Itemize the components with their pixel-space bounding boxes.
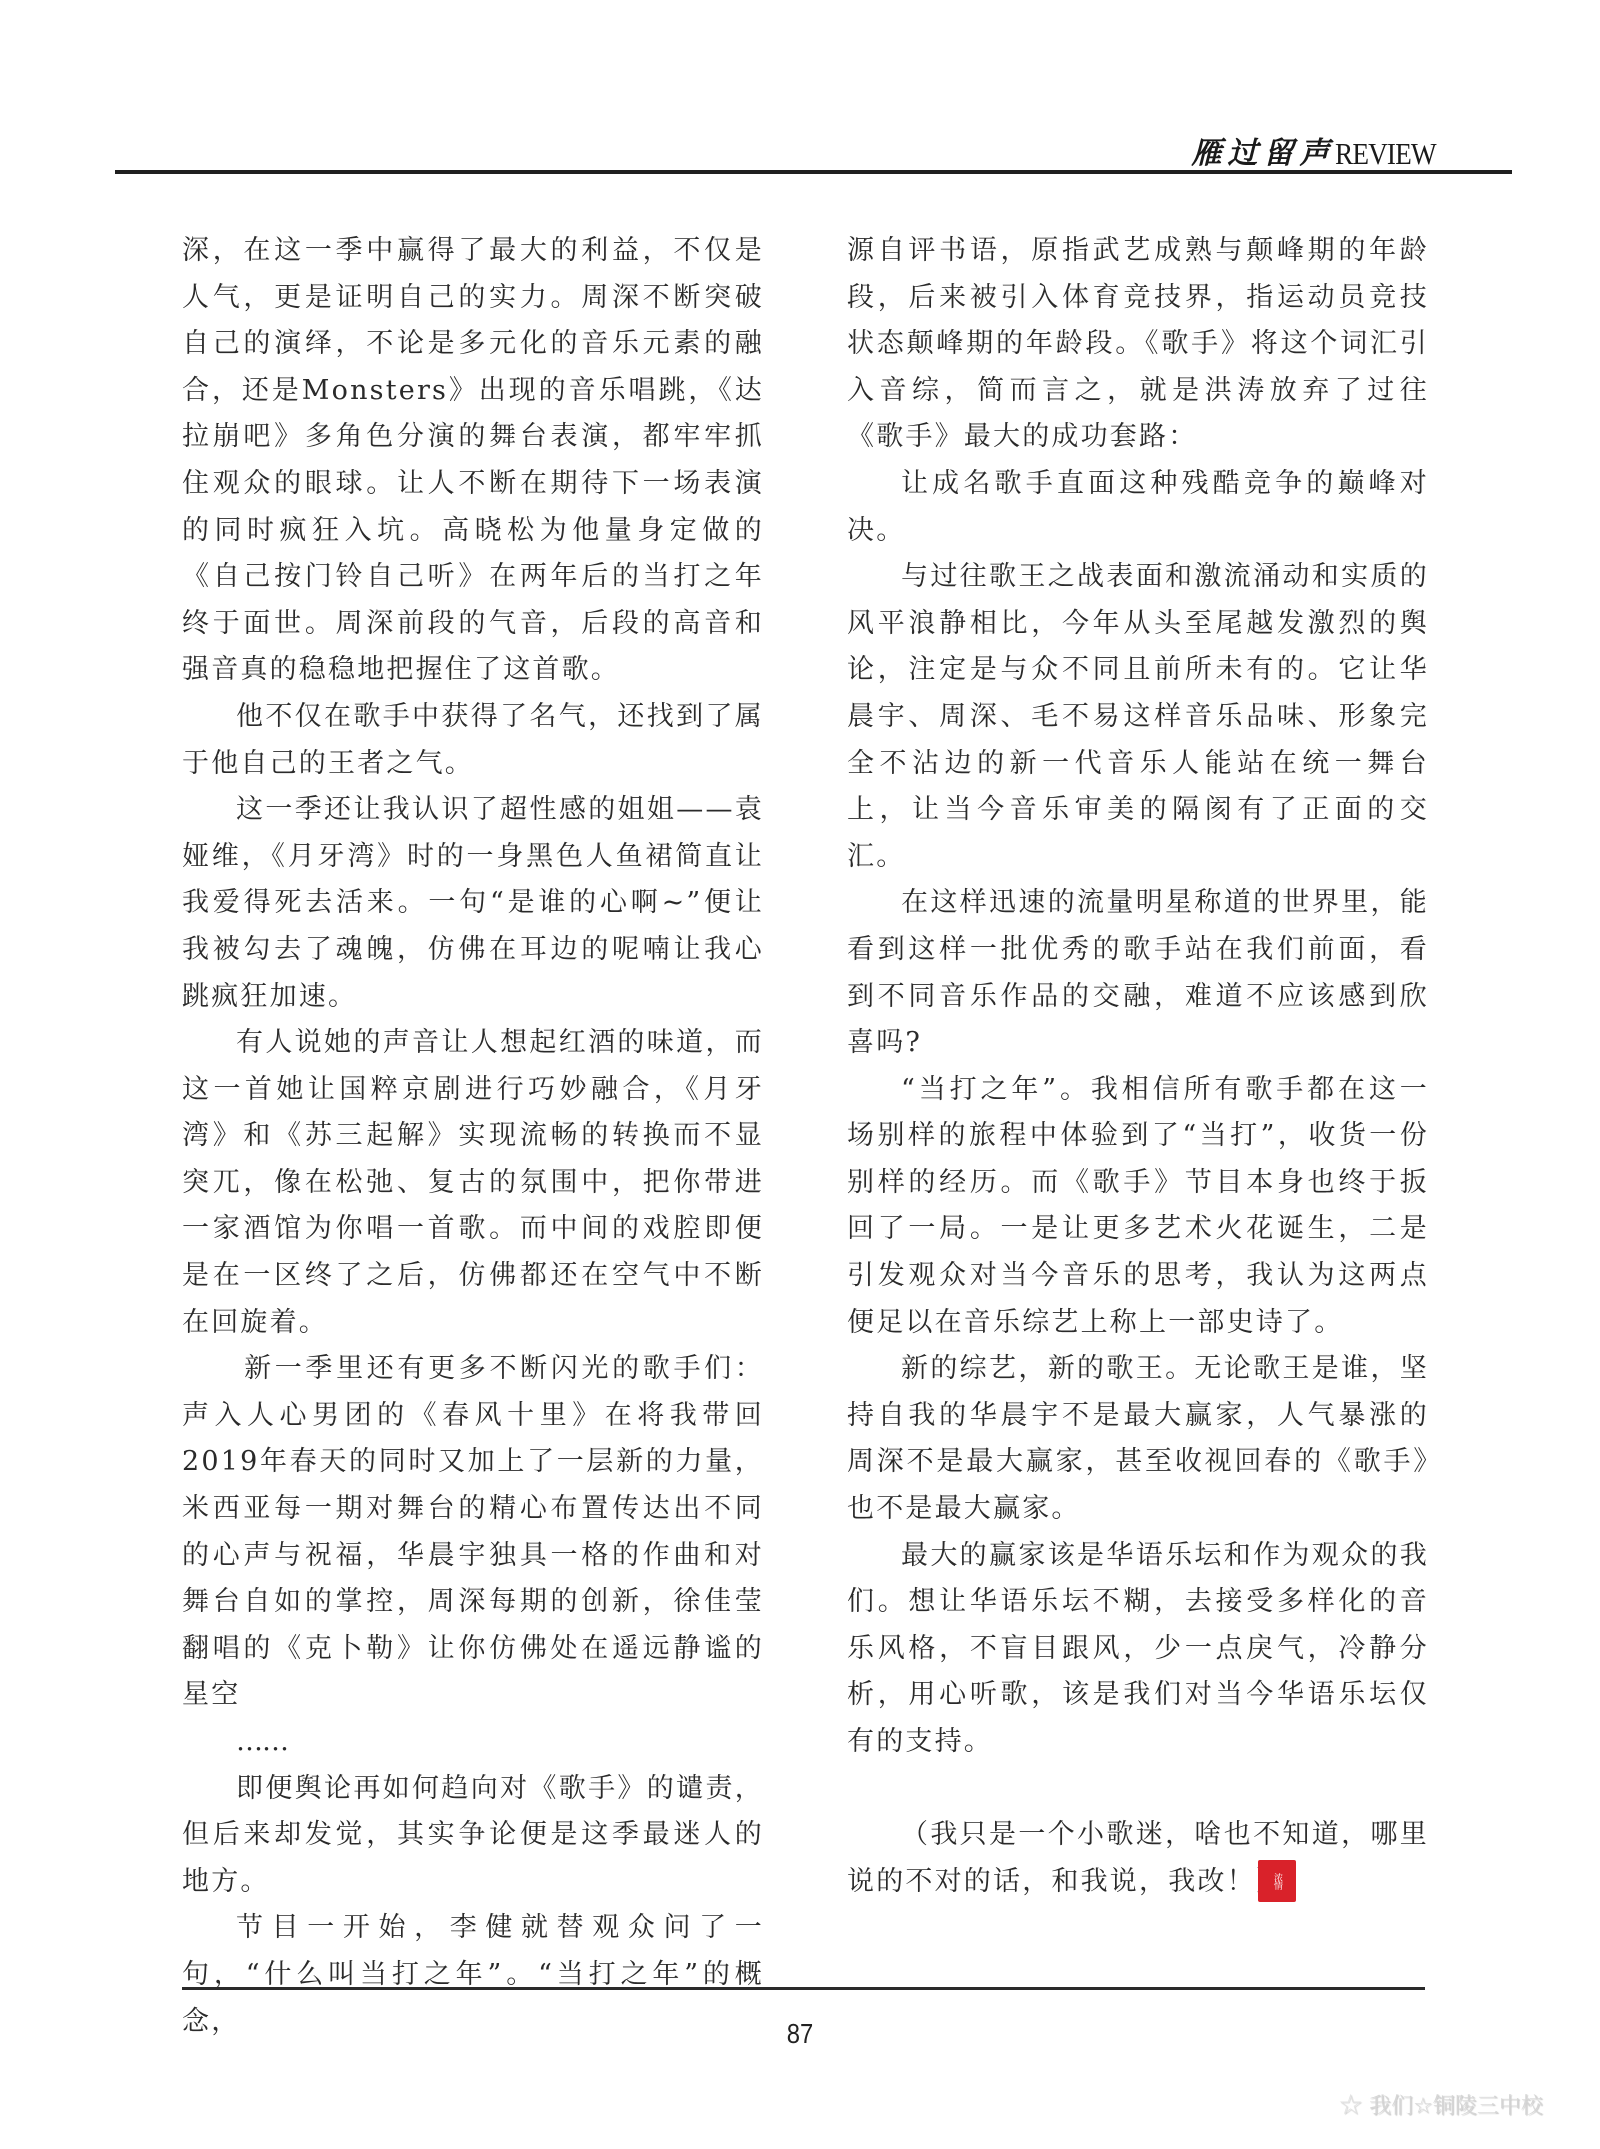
paragraph: 新的综艺，新的歌王。无论歌王是谁，坚持自我的华晨宇不是最大赢家，人气暴涨的周深不…	[847, 1346, 1429, 1532]
paragraph: 让成名歌手直面这种残酷竞争的巅峰对决。	[847, 461, 1429, 554]
section-title-cn: 雁过留声	[1191, 134, 1335, 174]
watermark: ☆ 我们☆铜陵三中校	[1338, 2088, 1543, 2121]
page-number: 87	[120, 2018, 1480, 2050]
paragraph: 深，在这一季中赢得了最大的利益，不仅是人气，更是证明自己的实力。周深不断突破自己…	[182, 228, 764, 694]
paragraph: 新一季里还有更多不断闪光的歌手们：声入人心男团的《春风十里》在将我带回2019年…	[182, 1346, 764, 1719]
section-header: 雁过留声 REVIEW	[1191, 130, 1450, 174]
footer-divider	[182, 1987, 1425, 1990]
paragraph: 在这样迅速的流量明星称道的世界里，能看到这样一批优秀的歌手站在我们前面，看到不同…	[847, 880, 1429, 1066]
paragraph: 源自评书语，原指武艺成熟与颠峰期的年龄段，后来被引入体育竞技界，指运动员竞技状态…	[847, 228, 1429, 461]
paragraph: 他不仅在歌手中获得了名气，还找到了属于他自己的王者之气。	[182, 694, 764, 787]
author-note: （我只是一个小歌迷，啥也不知道，哪里说的不对的话，和我说，我改！）	[847, 1812, 1429, 1905]
section-title-en: REVIEW	[1335, 134, 1436, 174]
seal-text: 浓情	[1272, 1873, 1282, 1889]
paragraph: 这一季还让我认识了超性感的姐姐——袁娅维，《月牙湾》时的一身黑色人鱼裙简直让我爱…	[182, 787, 764, 1020]
red-seal-stamp-icon: 浓情	[1258, 1860, 1296, 1902]
ellipsis: ……	[182, 1719, 764, 1766]
right-column: 源自评书语，原指武艺成熟与颠峰期的年龄段，后来被引入体育竞技界，指运动员竞技状态…	[847, 228, 1429, 1905]
star-icon: ☆	[1338, 2088, 1363, 2121]
left-column: 深，在这一季中赢得了最大的利益，不仅是人气，更是证明自己的实力。周深不断突破自己…	[182, 228, 764, 2045]
paragraph: 有人说她的声音让人想起红酒的味道，而这一首她让国粹京剧进行巧妙融合，《月牙湾》和…	[182, 1020, 764, 1346]
paragraph: “当打之年”。我相信所有歌手都在这一场别样的旅程中体验到了“当打”，收货一份别样…	[847, 1067, 1429, 1347]
paragraph: 最大的赢家该是华语乐坛和作为观众的我们。想让华语乐坛不糊，去接受多样化的音乐风格…	[847, 1533, 1429, 1766]
paragraph: 即便舆论再如何趋向对《歌手》的谴责，但后来却发觉，其实争论便是这季最迷人的地方。	[182, 1766, 764, 1906]
watermark-text: 我们☆铜陵三中校	[1369, 2089, 1543, 2120]
header-divider	[115, 170, 1512, 174]
paragraph: 与过往歌王之战表面和激流涌动和实质的风平浪静相比，今年从头至尾越发激烈的舆论，注…	[847, 554, 1429, 880]
